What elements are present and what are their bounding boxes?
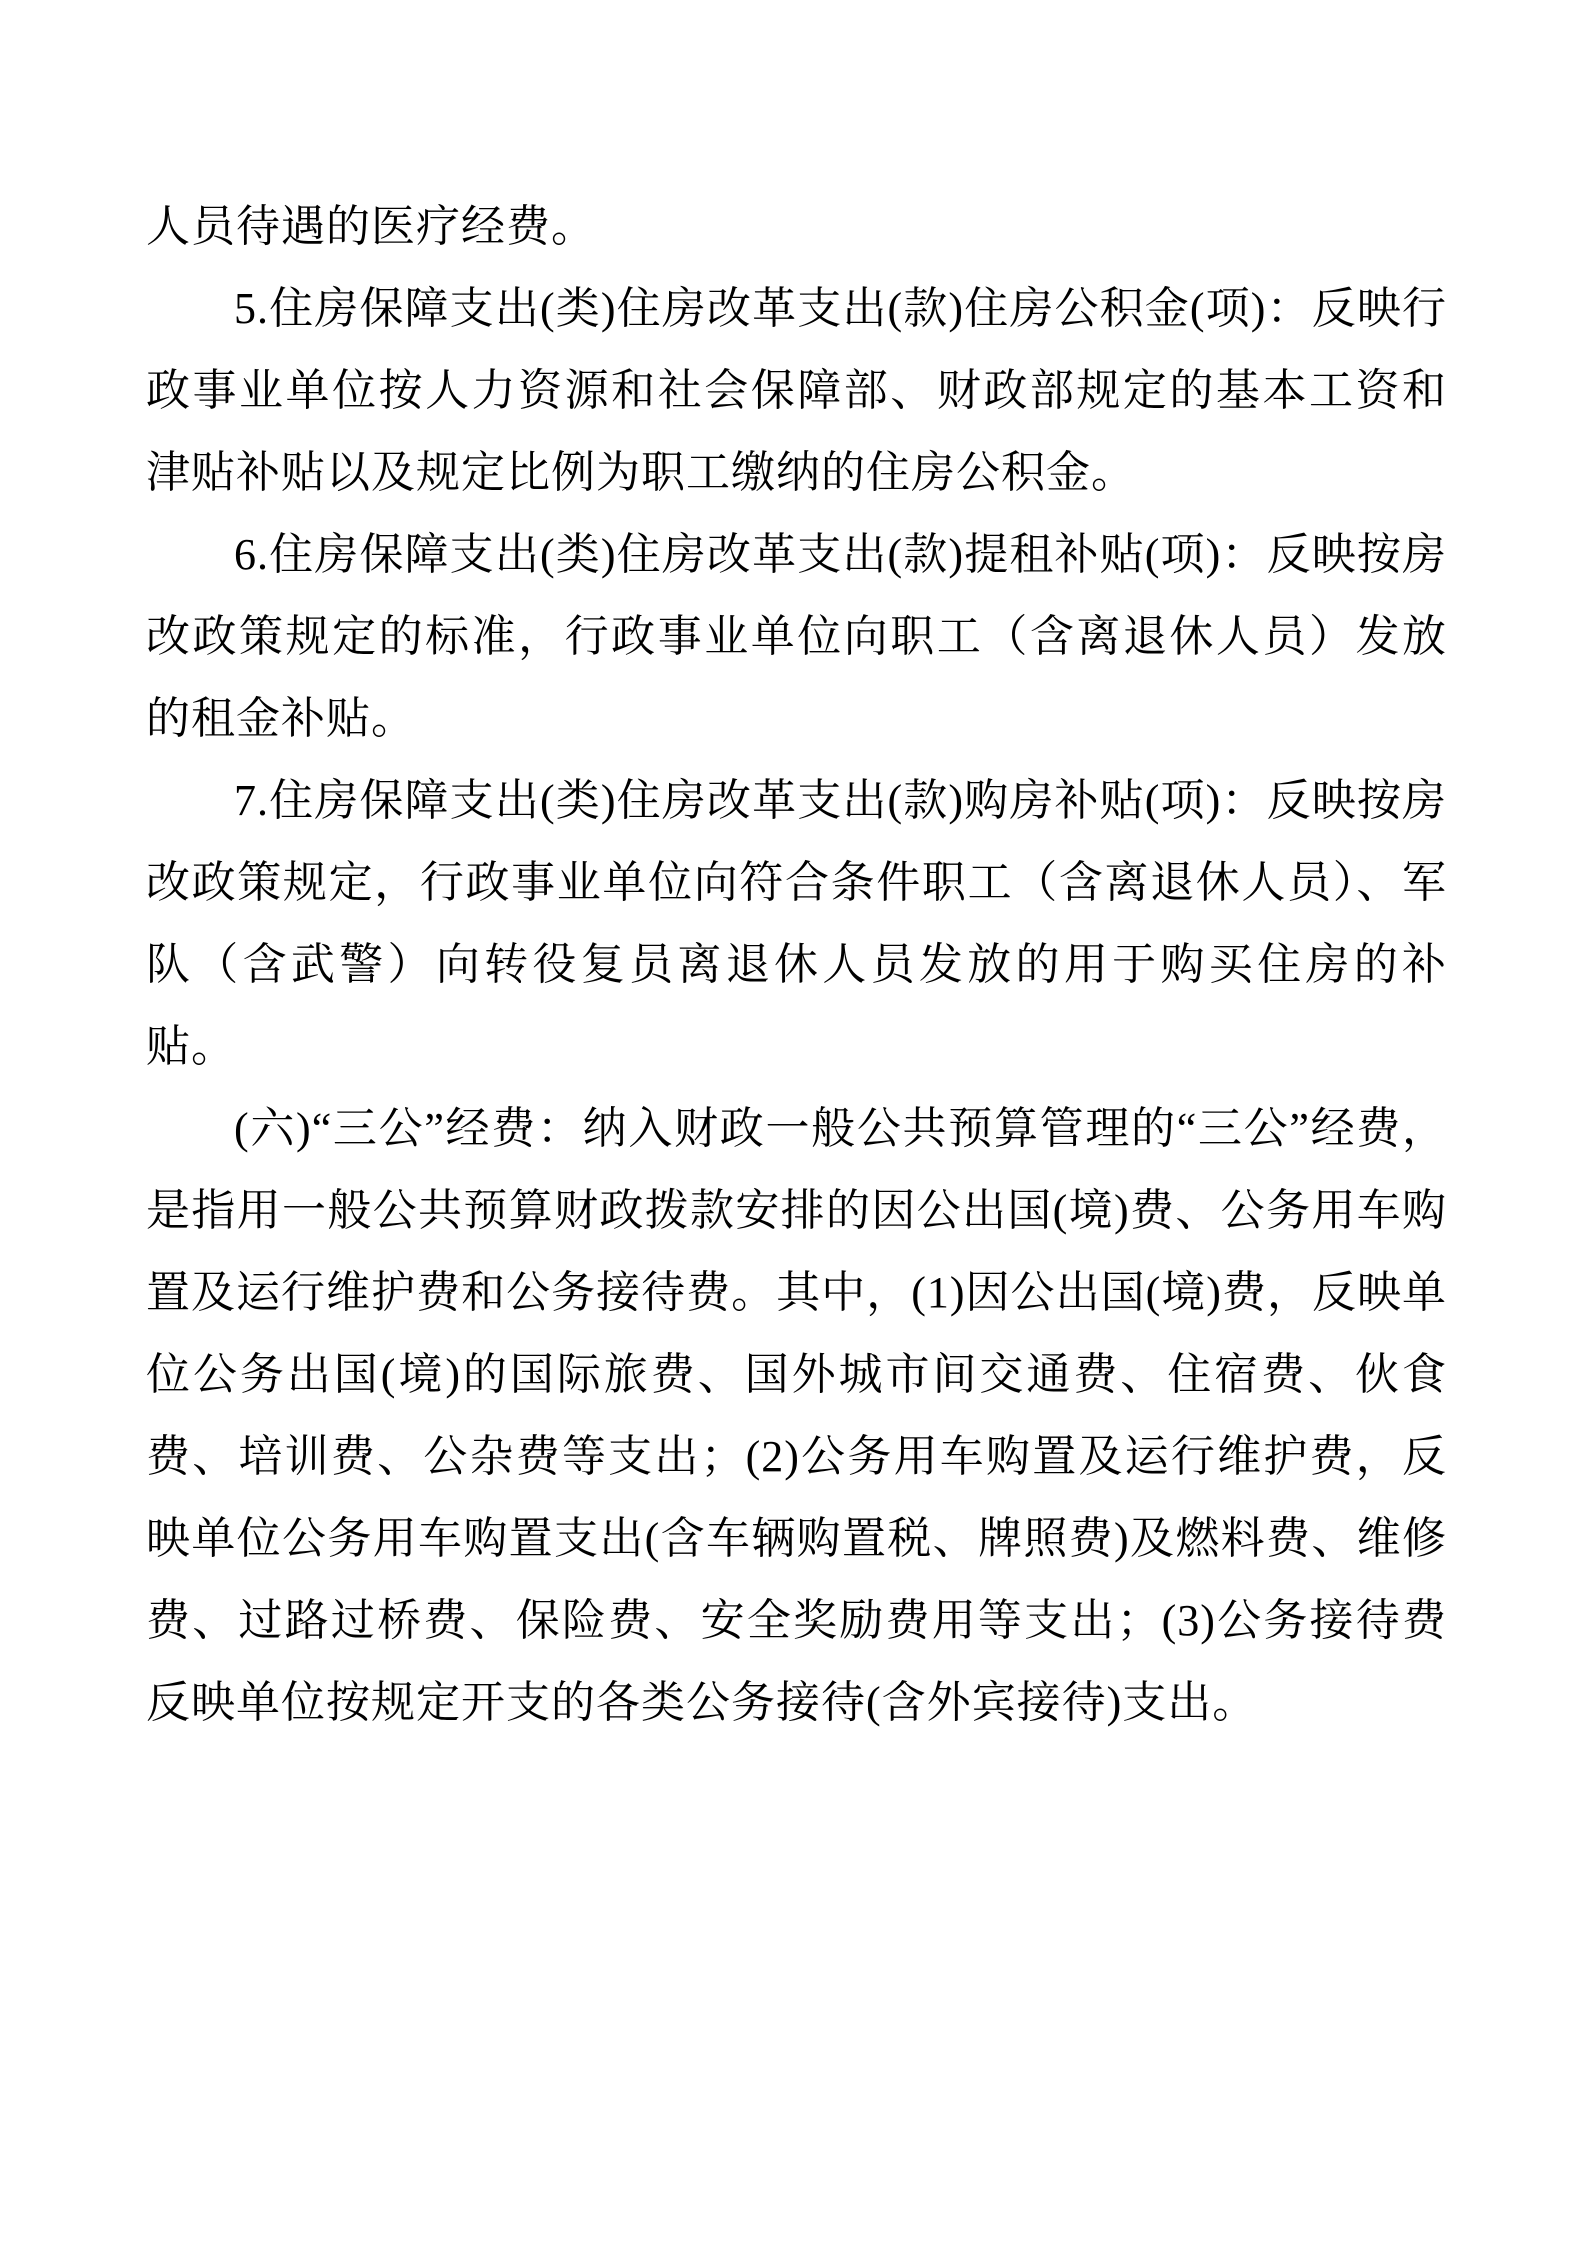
document-page: 人员待遇的医疗经费。 5.住房保障支出(类)住房改革支出(款)住房公积金(项)：…	[0, 0, 1587, 2245]
paragraph-item-6-rent-subsidy: 6.住房保障支出(类)住房改革支出(款)提租补贴(项)：反映按房改政策规定的标准…	[146, 514, 1447, 760]
paragraph-medical-funds-continuation: 人员待遇的医疗经费。	[146, 186, 1447, 268]
paragraph-item-7-purchase-subsidy: 7.住房保障支出(类)住房改革支出(款)购房补贴(项)：反映按房改政策规定，行政…	[146, 760, 1447, 1088]
document-text-block: 人员待遇的医疗经费。 5.住房保障支出(类)住房改革支出(款)住房公积金(项)：…	[146, 186, 1447, 1744]
paragraph-section-6-sangong-expenses: (六)“三公”经费：纳入财政一般公共预算管理的“三公”经费，是指用一般公共预算财…	[146, 1088, 1447, 1744]
paragraph-item-5-housing-fund: 5.住房保障支出(类)住房改革支出(款)住房公积金(项)：反映行政事业单位按人力…	[146, 268, 1447, 514]
